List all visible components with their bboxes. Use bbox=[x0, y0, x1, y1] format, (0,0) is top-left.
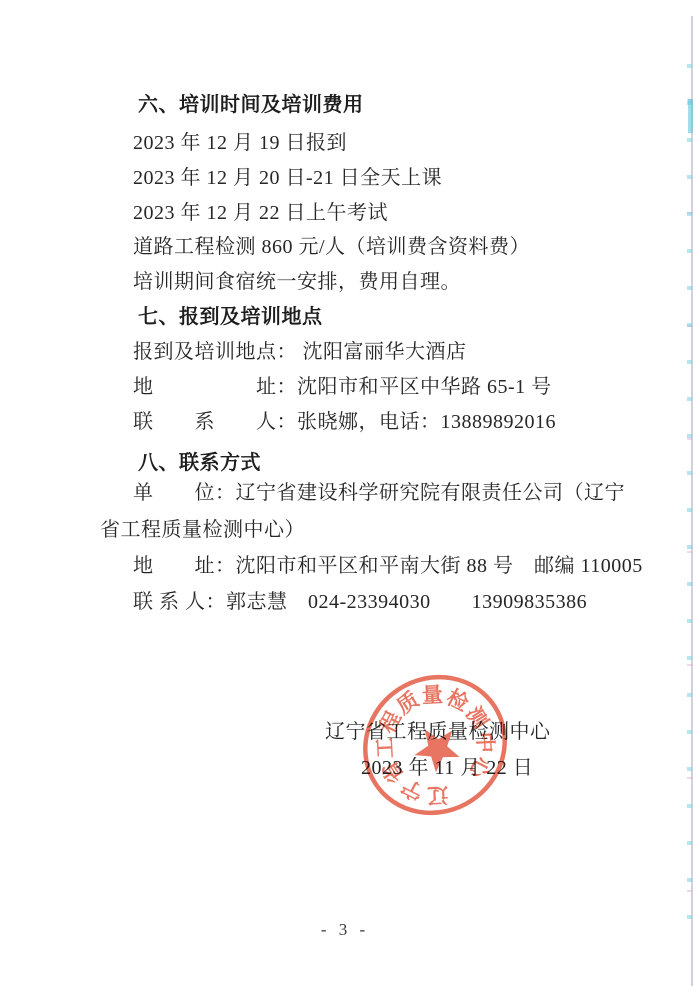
svg-text:量: 量 bbox=[421, 683, 443, 708]
official-seal-stamp: 辽 宁 省 工 程 质 量 检 测 中 心 bbox=[360, 674, 510, 824]
body-line: 培训期间食宿统一安排，费用自理。 bbox=[133, 269, 461, 295]
body-line: 联 系 人：郭志慧 024-23394030 13909835386 bbox=[133, 589, 587, 615]
stamp-circle bbox=[360, 674, 510, 824]
signature-organization: 辽宁省工程质量检测中心 bbox=[325, 719, 551, 745]
stamp-ring: 辽 宁 省 工 程 质 量 检 测 中 心 bbox=[360, 674, 510, 824]
body-line: 2023 年 12 月 22 日上午考试 bbox=[133, 200, 388, 226]
stamp-ring-text: 辽 宁 省 工 程 质 量 检 测 中 心 bbox=[360, 674, 510, 824]
body-line: 地 址：沈阳市和平区和平南大街 88 号 邮编 110005 bbox=[133, 553, 643, 579]
body-line: 2023 年 12 月 19 日报到 bbox=[133, 130, 347, 156]
signature-date: 2023 年 11 月 22 日 bbox=[361, 755, 533, 781]
body-line: 地 址：沈阳市和平区中华路 65-1 号 bbox=[133, 374, 552, 400]
body-line: 2023 年 12 月 20 日-21 日全天上课 bbox=[133, 165, 442, 191]
body-line-continuation: 省工程质量检测中心） bbox=[100, 517, 305, 543]
svg-text:检: 检 bbox=[443, 685, 473, 716]
page-number: - 3 - bbox=[100, 920, 590, 940]
section-6-heading: 六、培训时间及培训费用 bbox=[138, 92, 364, 118]
body-line: 报到及培训地点： 沈阳富丽华大酒店 bbox=[133, 339, 467, 365]
svg-text:质: 质 bbox=[392, 687, 423, 719]
svg-text:辽: 辽 bbox=[427, 782, 449, 807]
scan-edge-color-ticks bbox=[687, 40, 692, 945]
scan-edge-cyan-blob bbox=[688, 99, 693, 133]
section-7-heading: 七、报到及培训地点 bbox=[138, 304, 323, 330]
document-page: 六、培训时间及培训费用 2023 年 12 月 19 日报到 2023 年 12… bbox=[0, 0, 700, 991]
body-line: 单 位：辽宁省建设科学研究院有限责任公司（辽宁 bbox=[133, 480, 625, 506]
section-8-heading: 八、联系方式 bbox=[138, 450, 261, 476]
body-line: 联 系 人：张晓娜，电话：13889892016 bbox=[133, 409, 556, 435]
body-line: 道路工程检测 860 元/人（培训费含资料费） bbox=[133, 234, 530, 260]
